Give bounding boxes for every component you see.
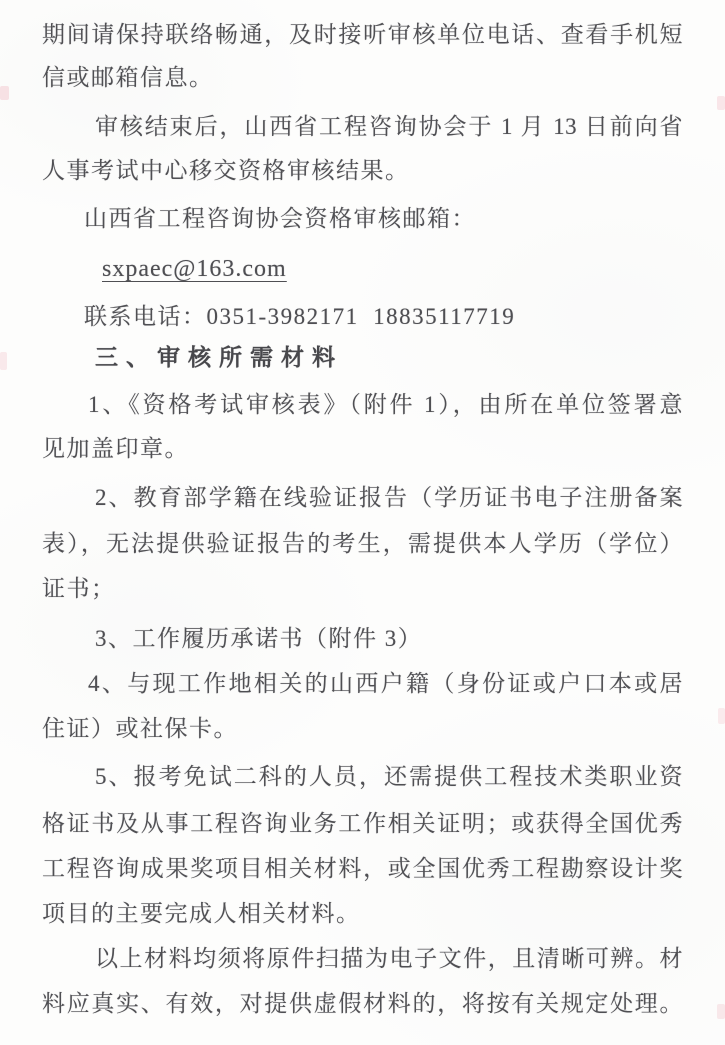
item-5-line-3: 工程咨询成果奖项目相关材料，或全国优秀工程勘察设计奖 — [42, 854, 683, 884]
item-5-line-4: 项目的主要完成人相关材料。 — [42, 899, 683, 929]
item-4-line-2: 住证）或社保卡。 — [42, 714, 683, 744]
scan-artifact — [0, 352, 7, 370]
scan-artifact — [718, 708, 725, 724]
closing-line-1: 以上材料均须将原件扫描为电子文件，且清晰可辨。材 — [42, 944, 683, 974]
phone-line: 联系电话：0351-3982171 18835117719 — [42, 302, 683, 332]
item-1-line-1: 1、《资格考试审核表》（附件 1），由所在单位签署意 — [42, 390, 683, 420]
email-address: sxpaec@163.com — [42, 254, 683, 284]
scan-artifact — [717, 96, 725, 110]
item-5-line-1: 5、报考免试二科的人员，还需提供工程技术类职业资 — [42, 762, 683, 792]
paragraph-result-line-2: 人事考试中心移交资格审核结果。 — [42, 156, 683, 186]
item-2-line-2: 表），无法提供验证报告的考生，需提供本人学历（学位） — [42, 529, 683, 559]
item-2-line-3: 证书； — [42, 574, 683, 604]
item-3-line-1: 3、工作履历承诺书（附件 3） — [42, 624, 683, 654]
scan-artifact — [0, 86, 9, 100]
closing-line-2: 料应真实、有效，对提供虚假材料的，将按有关规定处理。 — [42, 989, 683, 1019]
paragraph-contact-line-2: 信或邮箱信息。 — [42, 63, 683, 93]
paragraph-result-line-1: 审核结束后，山西省工程咨询协会于 1 月 13 日前向省 — [42, 112, 683, 142]
scanned-document-page: 期间请保持联络畅通，及时接听审核单位电话、查看手机短 信或邮箱信息。 审核结束后… — [0, 0, 725, 1045]
paragraph-contact-line-1: 期间请保持联络畅通，及时接听审核单位电话、查看手机短 — [42, 20, 683, 50]
item-4-line-1: 4、与现工作地相关的山西户籍（身份证或户口本或居 — [42, 669, 683, 699]
section-heading-materials: 三、审核所需材料 — [42, 343, 683, 373]
item-1-line-2: 见加盖印章。 — [42, 434, 683, 464]
item-2-line-1: 2、教育部学籍在线验证报告（学历证书电子注册备案 — [42, 483, 683, 513]
scan-artifact — [717, 1004, 725, 1019]
email-label-line: 山西省工程咨询协会资格审核邮箱： — [42, 204, 683, 234]
item-5-line-2: 格证书及从事工程咨询业务工作相关证明；或获得全国优秀 — [42, 809, 683, 839]
